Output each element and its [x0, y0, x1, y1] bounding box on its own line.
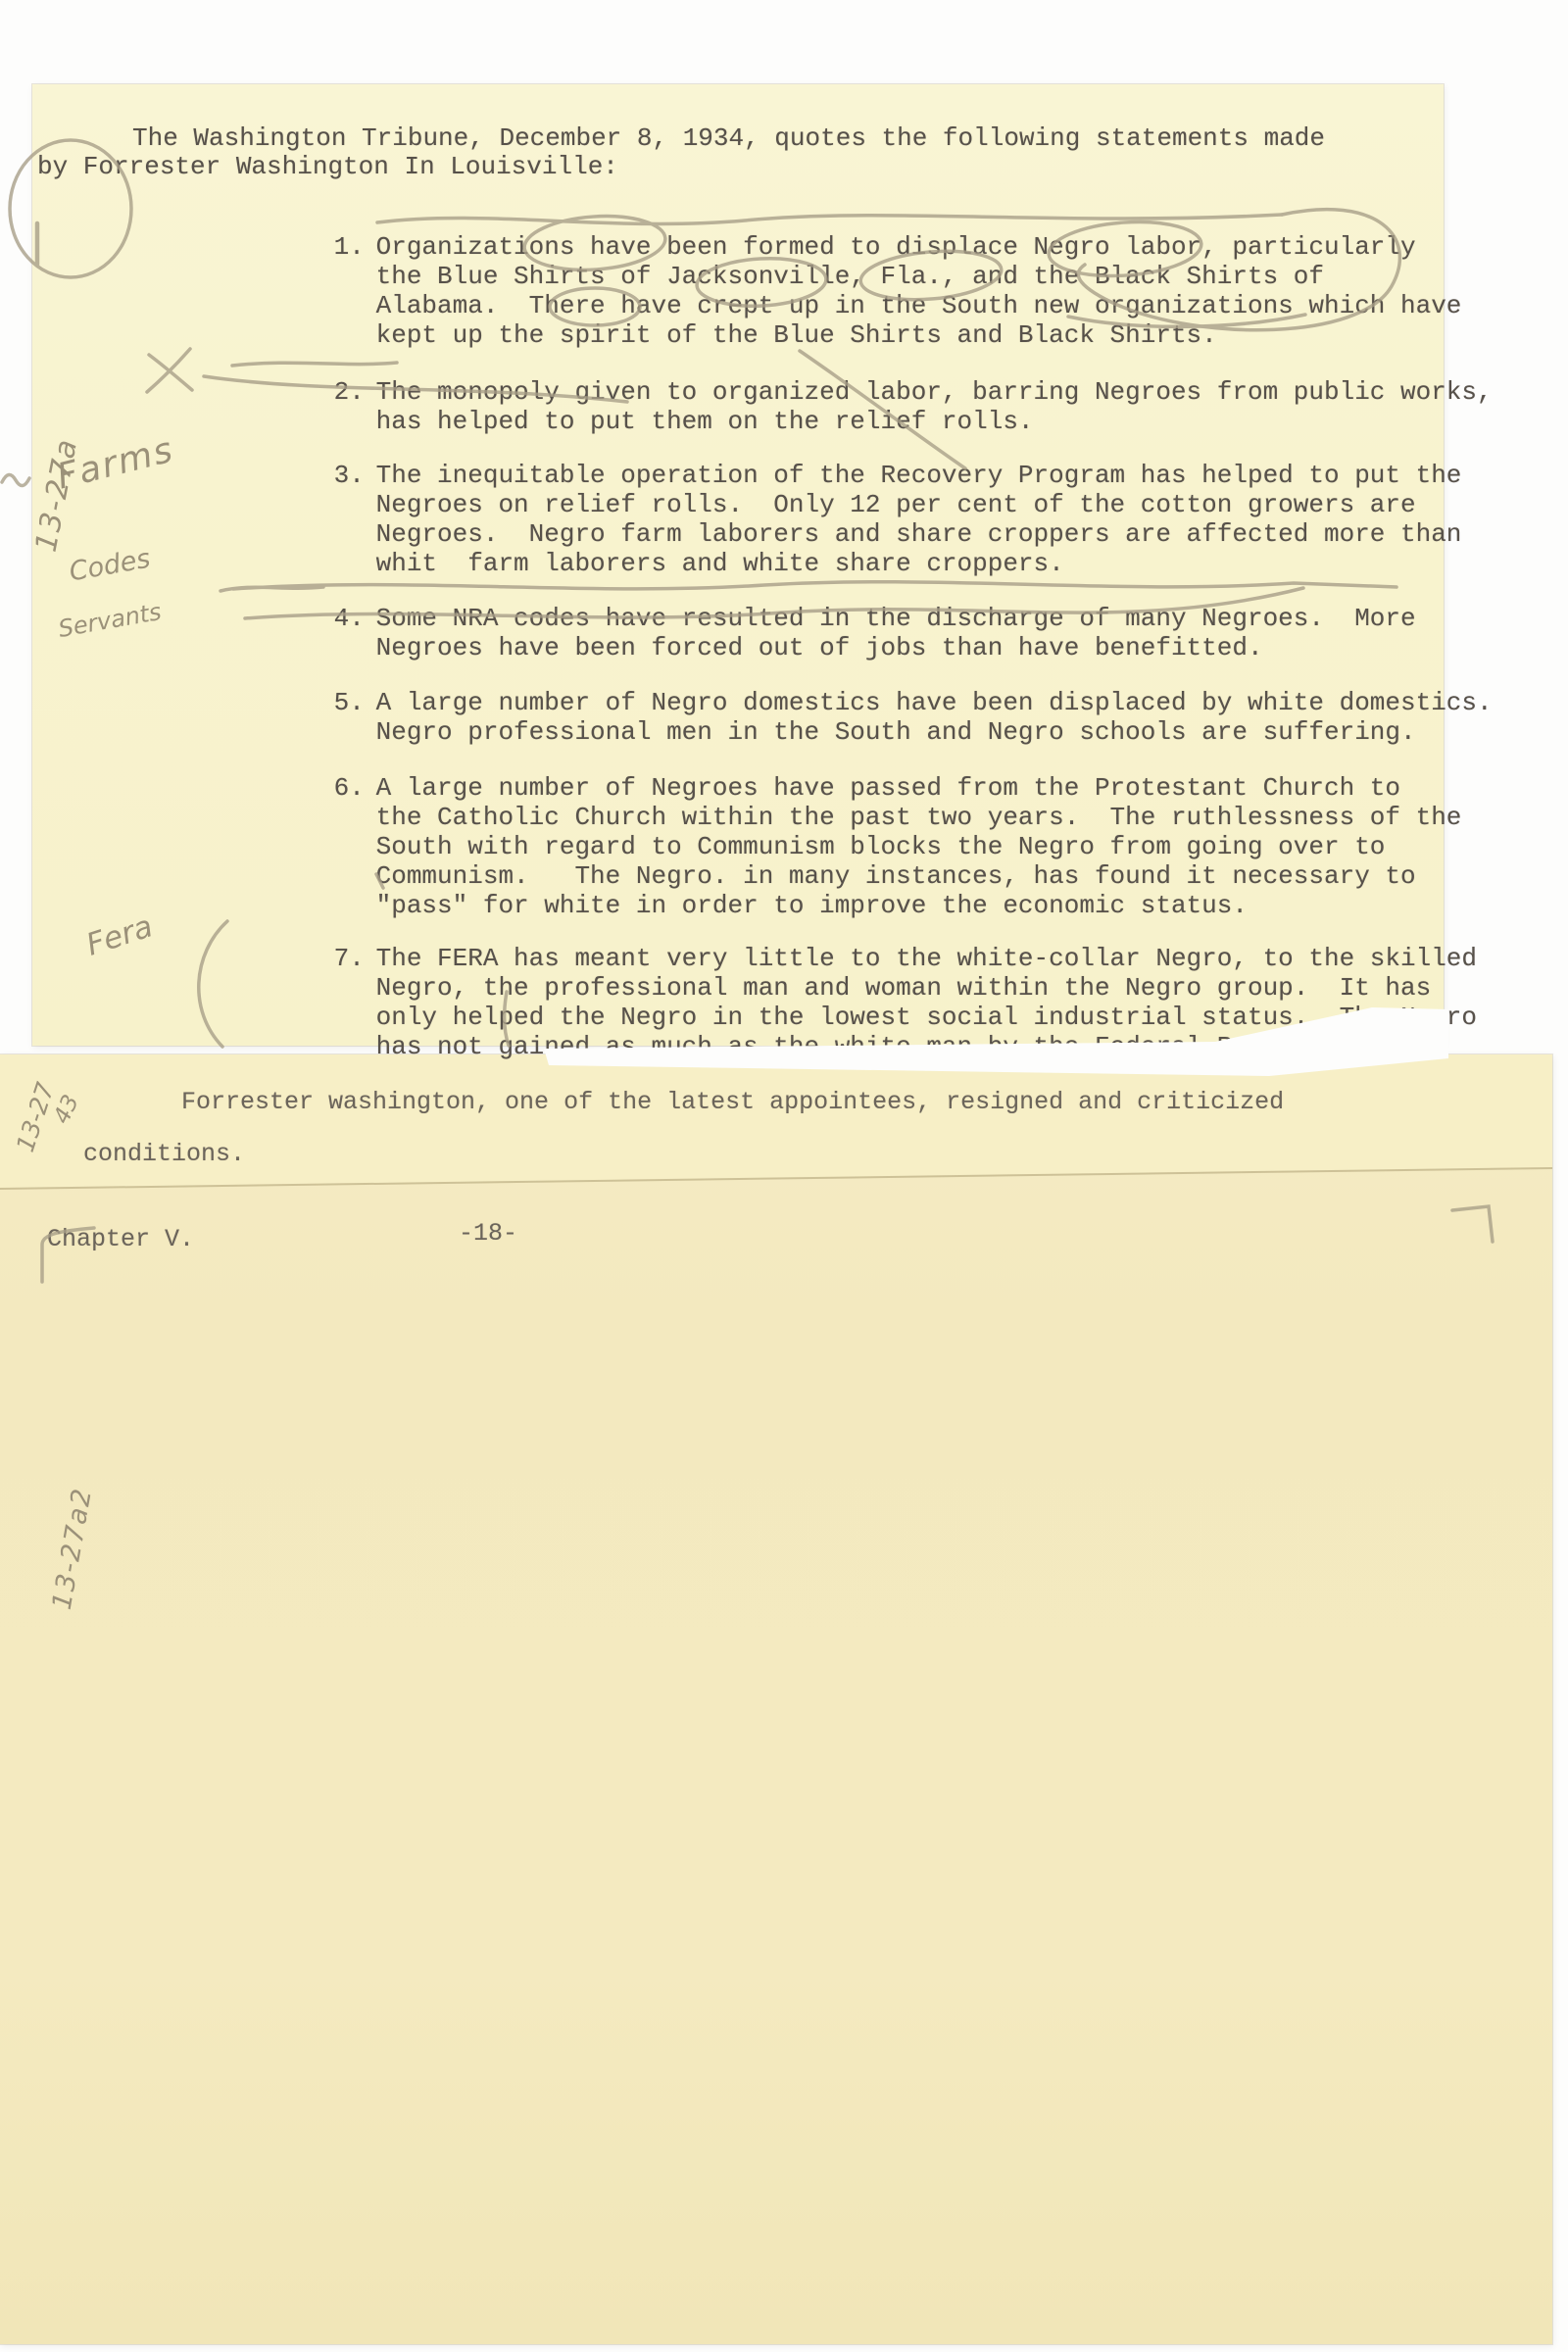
typed-line: Communism. The Negro. in many instances,… [376, 861, 1462, 891]
typed-line: The monopoly given to organized labor, b… [376, 377, 1493, 407]
typed-line: Alabama. There have crept up in the Sout… [376, 291, 1462, 320]
typed-line: Negro professional men in the South and … [376, 717, 1493, 747]
document-scan: Chapter V. -18- Forrester washington, on… [0, 0, 1568, 2352]
typed-line: Negro, the professional man and woman wi… [376, 973, 1477, 1003]
typed-line: has not gained as much as the white man … [376, 1032, 1477, 1061]
statement-item-7: 7.The FERA has meant very little to the … [242, 914, 1477, 1091]
intro-line-2: by Forrester Washington In Louisville: [37, 152, 618, 181]
item-number: 2. [334, 377, 376, 407]
typed-line: kept up the spirit of the Blue Shirts an… [376, 320, 1462, 350]
chapter-label: Chapter V. [47, 1225, 194, 1254]
chapter-page: Chapter V. -18- [0, 1054, 1552, 2344]
note-line-1: Forrester washington, one of the latest … [181, 1088, 1284, 1117]
item-number: 5. [334, 688, 376, 717]
item-number: 3. [334, 461, 376, 490]
typed-line: the Catholic Church within the past two … [376, 803, 1462, 832]
page-number: -18- [459, 1219, 517, 1249]
item-number: 1. [334, 232, 376, 262]
typed-line: Negroes. Negro farm laborers and share c… [376, 519, 1462, 549]
typed-line: A large number of Negroes have passed fr… [376, 773, 1462, 803]
typed-line: only helped the Negro in the lowest soci… [376, 1003, 1477, 1032]
typed-line: A large number of Negro domestics have b… [376, 688, 1493, 717]
typed-line: South with regard to Communism blocks th… [376, 832, 1462, 861]
typed-line: Negroes on relief rolls. Only 12 per cen… [376, 490, 1462, 519]
typed-line: The FERA has meant very little to the wh… [376, 944, 1477, 973]
item-number: 7. [334, 944, 376, 973]
typed-statements-page: The Washington Tribune, December 8, 1934… [32, 84, 1444, 1046]
item-number: 4. [334, 604, 376, 633]
intro-line-1: The Washington Tribune, December 8, 1934… [132, 123, 1325, 153]
note-line-2: conditions. [83, 1140, 245, 1169]
typed-line: the Blue Shirts of Jacksonville, Fla., a… [376, 262, 1462, 291]
margin-squiggle [2, 474, 29, 485]
typed-line: The inequitable operation of the Recover… [376, 461, 1462, 490]
typed-line: Organizations have been formed to displa… [376, 232, 1462, 262]
typed-line: Some NRA codes have resulted in the disc… [376, 604, 1416, 633]
item-number: 6. [334, 773, 376, 803]
